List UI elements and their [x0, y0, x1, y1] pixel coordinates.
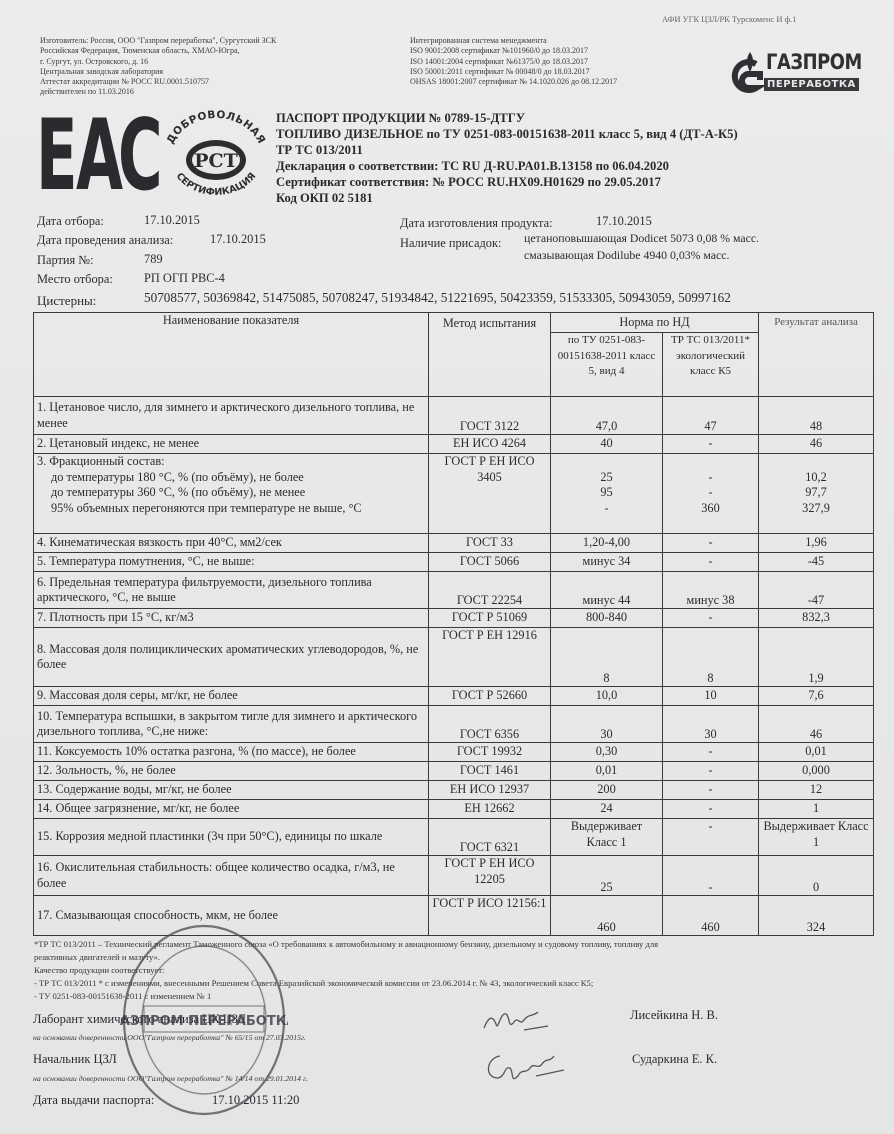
row-name: 7. Плотность при 15 °С, кг/м3 — [34, 609, 429, 628]
row-method: ГОСТ 6321 — [429, 819, 551, 856]
okp-code: Код ОКП 02 5181 — [276, 190, 738, 206]
additive-2: смазывающая Dodilube 4940 0,03% масс. — [524, 248, 729, 263]
table-row: 11. Коксуемость 10% остатка разгона, % (… — [34, 743, 874, 762]
row-method: ГОСТ Р ЕН ИСО 12205 — [429, 856, 551, 896]
lab-signer-name: Лисейкина Н. В. — [630, 1008, 718, 1023]
manufacturer-line: действителен по 11.03.2016 — [40, 87, 370, 97]
row-result: 0 — [759, 856, 874, 896]
sub-norm-tr: - — [666, 485, 755, 501]
analysis-table: Наименование показателя Метод испытания … — [33, 312, 874, 936]
table-row: 3. Фракционный состав:до температуры 180… — [34, 454, 874, 534]
sub-norm-tu: 25 — [554, 470, 659, 486]
header-method: Метод испытания — [429, 313, 551, 397]
row-norm-tr: - — [663, 435, 759, 454]
row-name: 14. Общее загрязнение, мг/кг, не более — [34, 800, 429, 819]
management-system-info: Интегрированная система менеджмента ISO … — [410, 36, 710, 87]
row-method: ГОСТ 3122 — [429, 397, 551, 435]
lab-signature — [478, 1004, 558, 1038]
row-norm-tu: 200 — [551, 781, 663, 800]
header-result: Результат анализа — [759, 313, 874, 397]
ims-line: ISO 50001:2011 сертификат № 00048/0 до 1… — [410, 67, 710, 77]
header-norm: Норма по НД — [551, 313, 759, 333]
row-result: 0,000 — [759, 762, 874, 781]
rst-certification-icon: ДОБРОВОЛЬНАЯ СЕРТИФИКАЦИЯ РСТ — [160, 108, 272, 206]
tanks-label: Цистерны: — [37, 293, 96, 309]
row-norm-tr: - — [663, 609, 759, 628]
table-row: 1. Цетановое число, для зимнего и арктич… — [34, 397, 874, 435]
gazprom-flame-icon — [726, 50, 764, 94]
row-norm-tu: 40 — [551, 435, 663, 454]
row-result: 1,9 — [759, 628, 874, 687]
row-name: 15. Коррозия медной пластинки (3ч при 50… — [34, 819, 429, 856]
manufacturer-line: г. Сургут, ул. Островского, д. 16 — [40, 57, 370, 67]
table-row: 2. Цетановый индекс, не менееЕН ИСО 4264… — [34, 435, 874, 454]
row-method: ГОСТ Р ЕН ИСО 3405 — [429, 454, 551, 534]
table-row: 15. Коррозия медной пластинки (3ч при 50… — [34, 819, 874, 856]
head-label: Начальник ЦЗЛ — [33, 1052, 117, 1067]
row-name: 10. Температура вспышки, в закрытом тигл… — [34, 706, 429, 743]
row-norm-tu: 1,20-4,00 — [551, 534, 663, 553]
row-method: ГОСТ Р 51069 — [429, 609, 551, 628]
row-norm-tr: 8 — [663, 628, 759, 687]
brand-subname: ПЕРЕРАБОТКА — [764, 78, 859, 91]
additives-label: Наличие присадок: — [400, 236, 501, 251]
ims-line: ISO 14001:2004 сертификат №61375/0 до 18… — [410, 57, 710, 67]
row-norm-tu: 460 — [551, 896, 663, 936]
sub-norm-tu: - — [554, 501, 659, 517]
row-norm-tr: - — [663, 743, 759, 762]
row-norm-tu: 0,01 — [551, 762, 663, 781]
manufacturer-line: Аттестат аккредитации № РОСС RU.0001.510… — [40, 77, 370, 87]
sub-result: 327,9 — [762, 501, 870, 517]
batch-label: Партия №: — [37, 253, 94, 268]
row-name: 8. Массовая доля полициклических аромати… — [34, 628, 429, 687]
ims-line: OHSAS 18001:2007 сертификат № 14.1020.02… — [410, 77, 710, 87]
row-norm-tu: 10,0 — [551, 687, 663, 706]
sub-row-name: 95% объемных перегоняются при температур… — [37, 501, 425, 517]
row-result: -45 — [759, 553, 874, 572]
row-method: ГОСТ Р 52660 — [429, 687, 551, 706]
row-method: ГОСТ Р ЕН 12916 — [429, 628, 551, 687]
row-result: 832,3 — [759, 609, 874, 628]
row-name: 12. Зольность, %, не более — [34, 762, 429, 781]
row-result: 324 — [759, 896, 874, 936]
row-name: 5. Температура помутнения, °С, не выше: — [34, 553, 429, 572]
sub-result: 97,7 — [762, 485, 870, 501]
row-method: ГОСТ 6356 — [429, 706, 551, 743]
additive-1: цетаноповышающая Dodicet 5073 0,08 % мас… — [524, 231, 759, 246]
row-result: 10,297,7327,9 — [759, 454, 874, 534]
row-norm-tu: 47,0 — [551, 397, 663, 435]
header-norm-tu: по ТУ 0251-083-00151638-2011 класс 5, ви… — [551, 333, 663, 397]
row-norm-tr: - — [663, 800, 759, 819]
table-row: 5. Температура помутнения, °С, не выше:Г… — [34, 553, 874, 572]
svg-text:РСТ: РСТ — [194, 150, 238, 172]
row-norm-tu: 800-840 — [551, 609, 663, 628]
production-date-label: Дата изготовления продукта: — [400, 216, 553, 231]
table-row: 6. Предельная температура фильтруемости,… — [34, 572, 874, 609]
header-norm-tr: ТР ТС 013/2011* экологический класс К5 — [663, 333, 759, 397]
row-result: 46 — [759, 435, 874, 454]
row-method: ГОСТ 1461 — [429, 762, 551, 781]
sub-norm-tr: - — [666, 470, 755, 486]
row-norm-tr: - — [663, 856, 759, 896]
tech-regulation: ТР ТС 013/2011 — [276, 142, 738, 158]
eac-letter-c: C — [118, 112, 163, 200]
manufacturer-info: Изготовитель: Россия, ООО "Газпром перер… — [40, 36, 370, 98]
row-norm-tr: 47 — [663, 397, 759, 435]
passport-number: ПАСПОРТ ПРОДУКЦИИ № 0789-15-ДТГУ — [276, 110, 738, 126]
batch-number: 789 — [144, 252, 163, 267]
row-norm-tu: 8 — [551, 628, 663, 687]
manufacturer-line: Российская Федерация, Тюменская область,… — [40, 46, 370, 56]
row-name: 16. Окислительная стабильность: общее ко… — [34, 856, 429, 896]
row-norm-tr: - — [663, 762, 759, 781]
row-method: ГОСТ 19932 — [429, 743, 551, 762]
production-date: 17.10.2015 — [596, 214, 652, 229]
row-norm-tu: 2595- — [551, 454, 663, 534]
table-row: 12. Зольность, %, не болееГОСТ 14610,01-… — [34, 762, 874, 781]
row-method: ГОСТ Р ИСО 12156:1 — [429, 896, 551, 936]
table-row: 9. Массовая доля серы, мг/кг, не болееГО… — [34, 687, 874, 706]
row-result: 12 — [759, 781, 874, 800]
manufacturer-line: Изготовитель: Россия, ООО "Газпром перер… — [40, 36, 370, 46]
row-name: 3. Фракционный состав:до температуры 180… — [34, 454, 429, 534]
row-name: 2. Цетановый индекс, не менее — [34, 435, 429, 454]
sub-row-name: до температуры 180 °С, % (по объёму), не… — [37, 470, 425, 486]
table-row: 16. Окислительная стабильность: общее ко… — [34, 856, 874, 896]
top-right-note: АФИ УГК ЦЗЛ/РК Турскоменс И ф.1 — [662, 14, 797, 24]
row-name: 6. Предельная температура фильтруемости,… — [34, 572, 429, 609]
passport-header: ПАСПОРТ ПРОДУКЦИИ № 0789-15-ДТГУ ТОПЛИВО… — [276, 110, 738, 206]
product-passport-page: АФИ УГК ЦЗЛ/РК Турскоменс И ф.1 Изготови… — [0, 0, 894, 1134]
row-norm-tr: 460 — [663, 896, 759, 936]
row-name: 9. Массовая доля серы, мг/кг, не более — [34, 687, 429, 706]
row-name: 11. Коксуемость 10% остатка разгона, % (… — [34, 743, 429, 762]
eac-letter-e: E — [36, 112, 78, 200]
row-method: ГОСТ 22254 — [429, 572, 551, 609]
ims-line: Интегрированная система менеджмента — [410, 36, 710, 46]
row-norm-tu: 0,30 — [551, 743, 663, 762]
manufacturer-line: Центральная заводская лаборатория — [40, 67, 370, 77]
row-name: 1. Цетановое число, для зимнего и арктич… — [34, 397, 429, 435]
svg-text:ГАЗПРОМ ПЕРЕРАБОТКА: ГАЗПРОМ ПЕРЕРАБОТКА — [120, 1014, 288, 1029]
row-result: 1,96 — [759, 534, 874, 553]
row-norm-tu: 25 — [551, 856, 663, 896]
table-row: 4. Кинематическая вязкость при 40°С, мм2… — [34, 534, 874, 553]
sampling-place: РП ОГП РВС-4 — [144, 271, 225, 286]
sub-row-name: до температуры 360 °С, % (по объёму), не… — [37, 485, 425, 501]
product-name: ТОПЛИВО ДИЗЕЛЬНОЕ по ТУ 0251-083-0015163… — [276, 126, 738, 142]
sub-norm-tu: 95 — [554, 485, 659, 501]
row-result: 7,6 — [759, 687, 874, 706]
row-method: ЕН ИСО 12937 — [429, 781, 551, 800]
row-result: -47 — [759, 572, 874, 609]
ims-line: ISO 9001:2008 сертификат №101960/0 до 18… — [410, 46, 710, 56]
tank-numbers: 50708577, 50369842, 51475085, 50708247, … — [144, 290, 731, 306]
sub-norm-tr: 360 — [666, 501, 755, 517]
declaration: Декларация о соответствии: ТС RU Д-RU.PA… — [276, 158, 738, 174]
row-name: 13. Содержание воды, мг/кг, не более — [34, 781, 429, 800]
row-method: ГОСТ 33 — [429, 534, 551, 553]
row-norm-tu: минус 34 — [551, 553, 663, 572]
row-method: ГОСТ 5066 — [429, 553, 551, 572]
table-row: 10. Температура вспышки, в закрытом тигл… — [34, 706, 874, 743]
analysis-date: 17.10.2015 — [210, 232, 266, 247]
table-body: 1. Цетановое число, для зимнего и арктич… — [34, 397, 874, 936]
head-signer-name: Сударкина Е. К. — [632, 1052, 717, 1067]
row-norm-tr: - — [663, 819, 759, 856]
brand-name: ГАЗПРОМ — [766, 50, 862, 74]
table-row: 14. Общее загрязнение, мг/кг, не болееЕН… — [34, 800, 874, 819]
analysis-date-label: Дата проведения анализа: — [37, 233, 173, 248]
sub-result: 10,2 — [762, 470, 870, 486]
official-stamp: ГАЗПРОМ ПЕРЕРАБОТКА — [120, 920, 288, 1120]
row-method: ЕН 12662 — [429, 800, 551, 819]
row-norm-tr: - — [663, 553, 759, 572]
eac-mark: E A C — [36, 112, 166, 200]
row-result: 48 — [759, 397, 874, 435]
row-title: 3. Фракционный состав: — [37, 454, 425, 470]
certificate: Сертификат соответствия: № РОСС RU.HX09.… — [276, 174, 738, 190]
table-row: 13. Содержание воды, мг/кг, не болееЕН И… — [34, 781, 874, 800]
row-norm-tr: - — [663, 534, 759, 553]
row-norm-tr: минус 38 — [663, 572, 759, 609]
row-result: 0,01 — [759, 743, 874, 762]
row-norm-tr: --360 — [663, 454, 759, 534]
row-norm-tr: 10 — [663, 687, 759, 706]
row-norm-tu: Выдерживает Класс 1 — [551, 819, 663, 856]
place-label: Место отбора: — [37, 272, 113, 287]
row-norm-tr: 30 — [663, 706, 759, 743]
row-norm-tu: 24 — [551, 800, 663, 819]
row-result: 1 — [759, 800, 874, 819]
row-name: 4. Кинематическая вязкость при 40°С, мм2… — [34, 534, 429, 553]
row-method: ЕН ИСО 4264 — [429, 435, 551, 454]
row-result: 46 — [759, 706, 874, 743]
head-signature — [480, 1048, 570, 1088]
row-norm-tr: - — [663, 781, 759, 800]
row-norm-tu: 30 — [551, 706, 663, 743]
sample-date-label: Дата отбора: — [37, 214, 104, 229]
row-result: Выдерживает Класс 1 — [759, 819, 874, 856]
row-norm-tu: минус 44 — [551, 572, 663, 609]
eac-letter-a: A — [76, 112, 123, 200]
gazprom-logo: ГАЗПРОМ ПЕРЕРАБОТКА — [722, 46, 872, 106]
header-name: Наименование показателя — [34, 313, 429, 397]
sample-date: 17.10.2015 — [144, 213, 200, 228]
table-row: 8. Массовая доля полициклических аромати… — [34, 628, 874, 687]
table-row: 7. Плотность при 15 °С, кг/м3ГОСТ Р 5106… — [34, 609, 874, 628]
